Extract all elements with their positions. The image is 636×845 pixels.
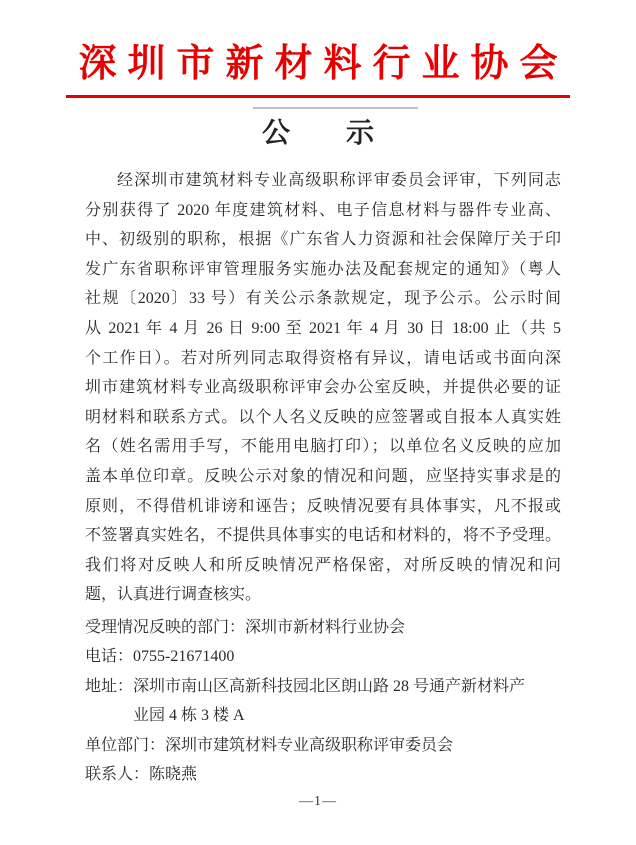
paragraph-line: 题，认真进行调查核实。 bbox=[85, 580, 561, 610]
paragraph-line: 名（姓名需用手写，不能用电脑打印）；以单位名义反映的应加 bbox=[85, 432, 561, 462]
paragraph-line: 中、初级别的职称，根据《广东省人力资源和社会保障厅关于印 bbox=[85, 225, 561, 255]
document-body: 经深圳市建筑材料专业高级职称评审委员会评审，下列同志 分别获得了 2020 年度… bbox=[85, 166, 561, 790]
paragraph-line: 从 2021 年 4 月 26 日 9:00 至 2021 年 4 月 30 日… bbox=[85, 314, 561, 344]
page-number: —1— bbox=[0, 794, 636, 810]
contact-line: 电话：0755-21671400 bbox=[85, 642, 561, 672]
paragraph-line: 盖本单位印章。反映公示对象的情况和问题，应坚持实事求是的 bbox=[85, 462, 561, 492]
contact-line: 联系人：陈晓燕 bbox=[85, 760, 561, 790]
paragraph-line: 社规〔2020〕33 号）有关公示条款规定，现予公示。公示时间 bbox=[85, 284, 561, 314]
contact-line: 单位部门：深圳市建筑材料专业高级职称评审委员会 bbox=[85, 731, 561, 761]
contact-line: 受理情况反映的部门：深圳市新材料行业协会 bbox=[85, 613, 561, 643]
paragraph-line: 经深圳市建筑材料专业高级职称评审委员会评审，下列同志 bbox=[85, 166, 561, 196]
scan-artifact-line bbox=[253, 107, 418, 109]
contact-line: 业园 4 栋 3 楼 A bbox=[133, 701, 561, 731]
paragraph-line: 不签署真实姓名，不提供具体事实的电话和材料的，将不予受理。 bbox=[85, 521, 561, 551]
org-title: 深圳市新材料行业协会 bbox=[66, 42, 570, 86]
paragraph-line: 原则，不得借机诽谤和诬告；反映情况要有具体事实，凡不报或 bbox=[85, 492, 561, 522]
paragraph-line: 我们将对反映人和所反映情况严格保密，对所反映的情况和问 bbox=[85, 551, 561, 581]
document-page: 深圳市新材料行业协会 公 示 经深圳市建筑材料专业高级职称评审委员会评审，下列同… bbox=[0, 0, 636, 845]
letterhead: 深圳市新材料行业协会 bbox=[66, 42, 570, 98]
paragraph-line: 明材料和联系方式。以个人名义反映的应签署或自报本人真实姓 bbox=[85, 403, 561, 433]
doc-title: 公 示 bbox=[0, 116, 636, 152]
paragraph-line: 分别获得了 2020 年度建筑材料、电子信息材料与器件专业高、 bbox=[85, 196, 561, 226]
main-paragraph: 经深圳市建筑材料专业高级职称评审委员会评审，下列同志 分别获得了 2020 年度… bbox=[85, 166, 561, 610]
paragraph-line: 个工作日）。若对所列同志取得资格有异议，请电话或书面向深 bbox=[85, 344, 561, 374]
contact-line: 地址：深圳市南山区高新科技园北区朗山路 28 号通产新材料产 bbox=[85, 672, 561, 702]
paragraph-line: 圳市建筑材料专业高级职称评审会办公室反映，并提供必要的证 bbox=[85, 373, 561, 403]
contact-block: 受理情况反映的部门：深圳市新材料行业协会 电话：0755-21671400 地址… bbox=[85, 613, 561, 790]
paragraph-line: 发广东省职称评审管理服务实施办法及配套规定的通知》（粤人 bbox=[85, 255, 561, 285]
